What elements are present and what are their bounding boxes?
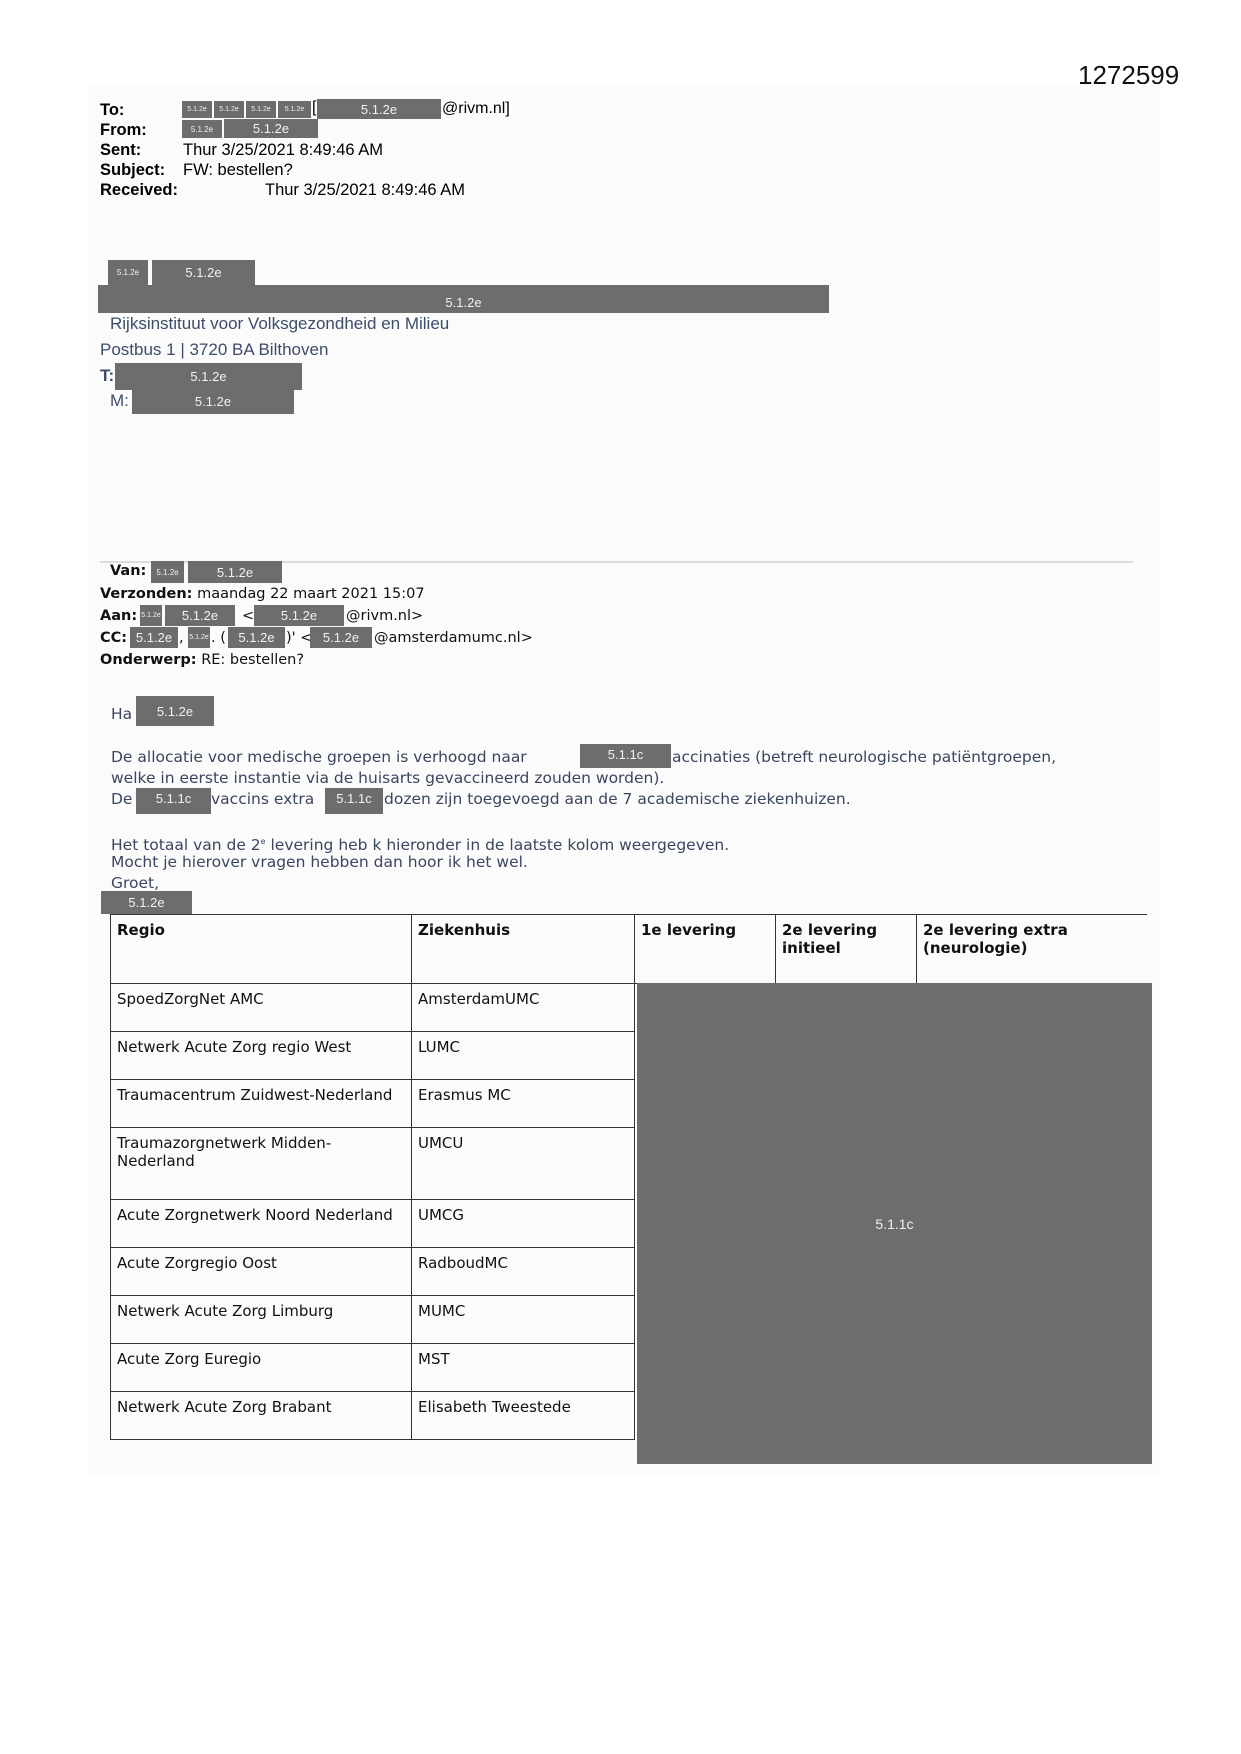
redaction: 5.1.1c [325, 788, 383, 814]
p1-line2: welke in eerste instantie via de huisart… [111, 768, 664, 789]
cc-label: CC: [100, 630, 127, 646]
van-label: Van: [110, 563, 146, 579]
cell-ziekenhuis: UMCU [412, 1128, 635, 1200]
redaction: 5.1.2e [132, 389, 294, 414]
redaction-sender: 5.1.2e [101, 891, 192, 914]
cell-ziekenhuis: Erasmus MC [412, 1080, 635, 1128]
header-to: To: [100, 100, 184, 120]
from-label: From: [100, 120, 184, 140]
redaction: 5.1.2e [140, 605, 162, 626]
col-2e-levering-initieel: 2e levering initieel [776, 915, 917, 984]
cell-regio: Netwerk Acute Zorg Limburg [111, 1296, 412, 1344]
p3-line2: Mocht je hierover vragen hebben dan hoor… [111, 852, 528, 873]
col-1e-levering: 1e levering [635, 915, 776, 984]
redaction-table-values: 5.1.1c [637, 983, 1152, 1464]
fwd-aan: Aan: [100, 605, 137, 627]
p2-part1: De [111, 789, 132, 810]
redaction: 5.1.2e [224, 119, 318, 138]
redaction: 5.1.2e [182, 120, 222, 138]
redaction: 5.1.2e [108, 260, 148, 285]
cell-ziekenhuis: Elisabeth Tweestede [412, 1392, 635, 1440]
redaction: 5.1.1c [136, 788, 211, 814]
p2-part2: vaccins extra [211, 789, 314, 810]
cc-suffix: @amsterdamumc.nl> [374, 627, 533, 649]
redaction: 5.1.1c [580, 744, 671, 768]
fwd-verzonden: Verzonden: maandag 22 maart 2021 15:07 [100, 583, 425, 605]
header-subject: Subject:FW: bestellen? [100, 160, 293, 180]
subject-value: FW: bestellen? [183, 161, 293, 179]
cell-regio: Netwerk Acute Zorg regio West [111, 1032, 412, 1080]
p1-part1: De allocatie voor medische groepen is ve… [111, 747, 527, 768]
cell-regio: Traumazorgnetwerk Midden-Nederland [111, 1128, 412, 1200]
header-from: From: [100, 120, 184, 140]
sent-value: Thur 3/25/2021 8:49:46 AM [183, 141, 383, 159]
cc-comma: , [179, 627, 184, 649]
cell-ziekenhuis: UMCG [412, 1200, 635, 1248]
cell-ziekenhuis: RadboudMC [412, 1248, 635, 1296]
greeting: Ha [111, 704, 132, 725]
redaction: 5.1.2e [188, 561, 282, 583]
table-header-row: Regio Ziekenhuis 1e levering 2e levering… [111, 915, 1148, 984]
cell-regio: Traumacentrum Zuidwest-Nederland [111, 1080, 412, 1128]
onderwerp-label: Onderwerp: [100, 652, 197, 668]
signature-mobile-label: M: [110, 391, 129, 411]
redaction: 5.1.2e [188, 627, 210, 648]
cell-regio: SpoedZorgNet AMC [111, 984, 412, 1032]
p2-part3: dozen zijn toegevoegd aan de 7 academisc… [384, 789, 851, 810]
onderwerp-value: RE: bestellen? [201, 652, 304, 668]
verzonden-label: Verzonden: [100, 586, 192, 602]
to-label: To: [100, 100, 184, 120]
sent-label: Sent: [100, 140, 184, 160]
cell-regio: Acute Zorg Euregio [111, 1344, 412, 1392]
to-suffix: @rivm.nl] [442, 100, 510, 118]
col-ziekenhuis: Ziekenhuis [412, 915, 635, 984]
cell-regio: Acute Zorgnetwerk Noord Nederland [111, 1200, 412, 1248]
p1-part2: accinaties (betreft neurologische patiën… [672, 747, 1056, 768]
redaction: 5.1.2e [165, 605, 235, 626]
to-bracket: [ [312, 99, 316, 117]
fwd-cc: CC: [100, 627, 127, 649]
cell-ziekenhuis: LUMC [412, 1032, 635, 1080]
cell-ziekenhuis: MUMC [412, 1296, 635, 1344]
signature-phone-label: T: [100, 366, 114, 386]
redaction: 5.1.2e [254, 605, 344, 626]
redaction: 5.1.2e [246, 101, 276, 118]
cell-ziekenhuis: AmsterdamUMC [412, 984, 635, 1032]
header-sent: Sent:Thur 3/25/2021 8:49:46 AM [100, 140, 383, 160]
redaction: 5.1.2e [317, 99, 441, 119]
redaction: 5.1.2e [310, 627, 372, 648]
cell-regio: Netwerk Acute Zorg Brabant [111, 1392, 412, 1440]
redaction-banner: 5.1.2e [98, 285, 829, 313]
subject-label: Subject: [100, 160, 184, 180]
cell-ziekenhuis: MST [412, 1344, 635, 1392]
aan-suffix: @rivm.nl> [346, 605, 423, 627]
redaction: 5.1.2e [151, 561, 184, 583]
signature-address: Postbus 1 | 3720 BA Bilthoven [100, 340, 328, 360]
col-regio: Regio [111, 915, 412, 984]
redaction: 5.1.2e [182, 101, 212, 118]
redaction: 5.1.2e [228, 627, 285, 648]
verzonden-value: maandag 22 maart 2021 15:07 [197, 586, 425, 602]
received-value: Thur 3/25/2021 8:49:46 AM [265, 181, 465, 199]
signature-organization: Rijksinstituut voor Volksgezondheid en M… [110, 314, 449, 334]
header-received: Received:Thur 3/25/2021 8:49:46 AM [100, 180, 465, 200]
fwd-onderwerp: Onderwerp: RE: bestellen? [100, 649, 304, 671]
redaction: 5.1.2e [214, 101, 244, 118]
aan-label: Aan: [100, 608, 137, 624]
col-2e-levering-extra: 2e levering extra (neurologie) [917, 915, 1148, 984]
redaction: 5.1.2e [278, 101, 311, 118]
cc-paren-close: )' < [286, 627, 312, 649]
redaction: 5.1.2e [130, 627, 178, 648]
aan-lt: < [242, 605, 254, 627]
redaction: 5.1.2e [115, 363, 302, 390]
cell-regio: Acute Zorgregio Oost [111, 1248, 412, 1296]
redaction: 5.1.2e [136, 696, 214, 726]
received-label: Received: [100, 180, 184, 200]
redaction: 5.1.2e [152, 260, 255, 285]
cc-paren-open: . ( [211, 627, 226, 649]
fwd-van: Van: [110, 560, 146, 582]
